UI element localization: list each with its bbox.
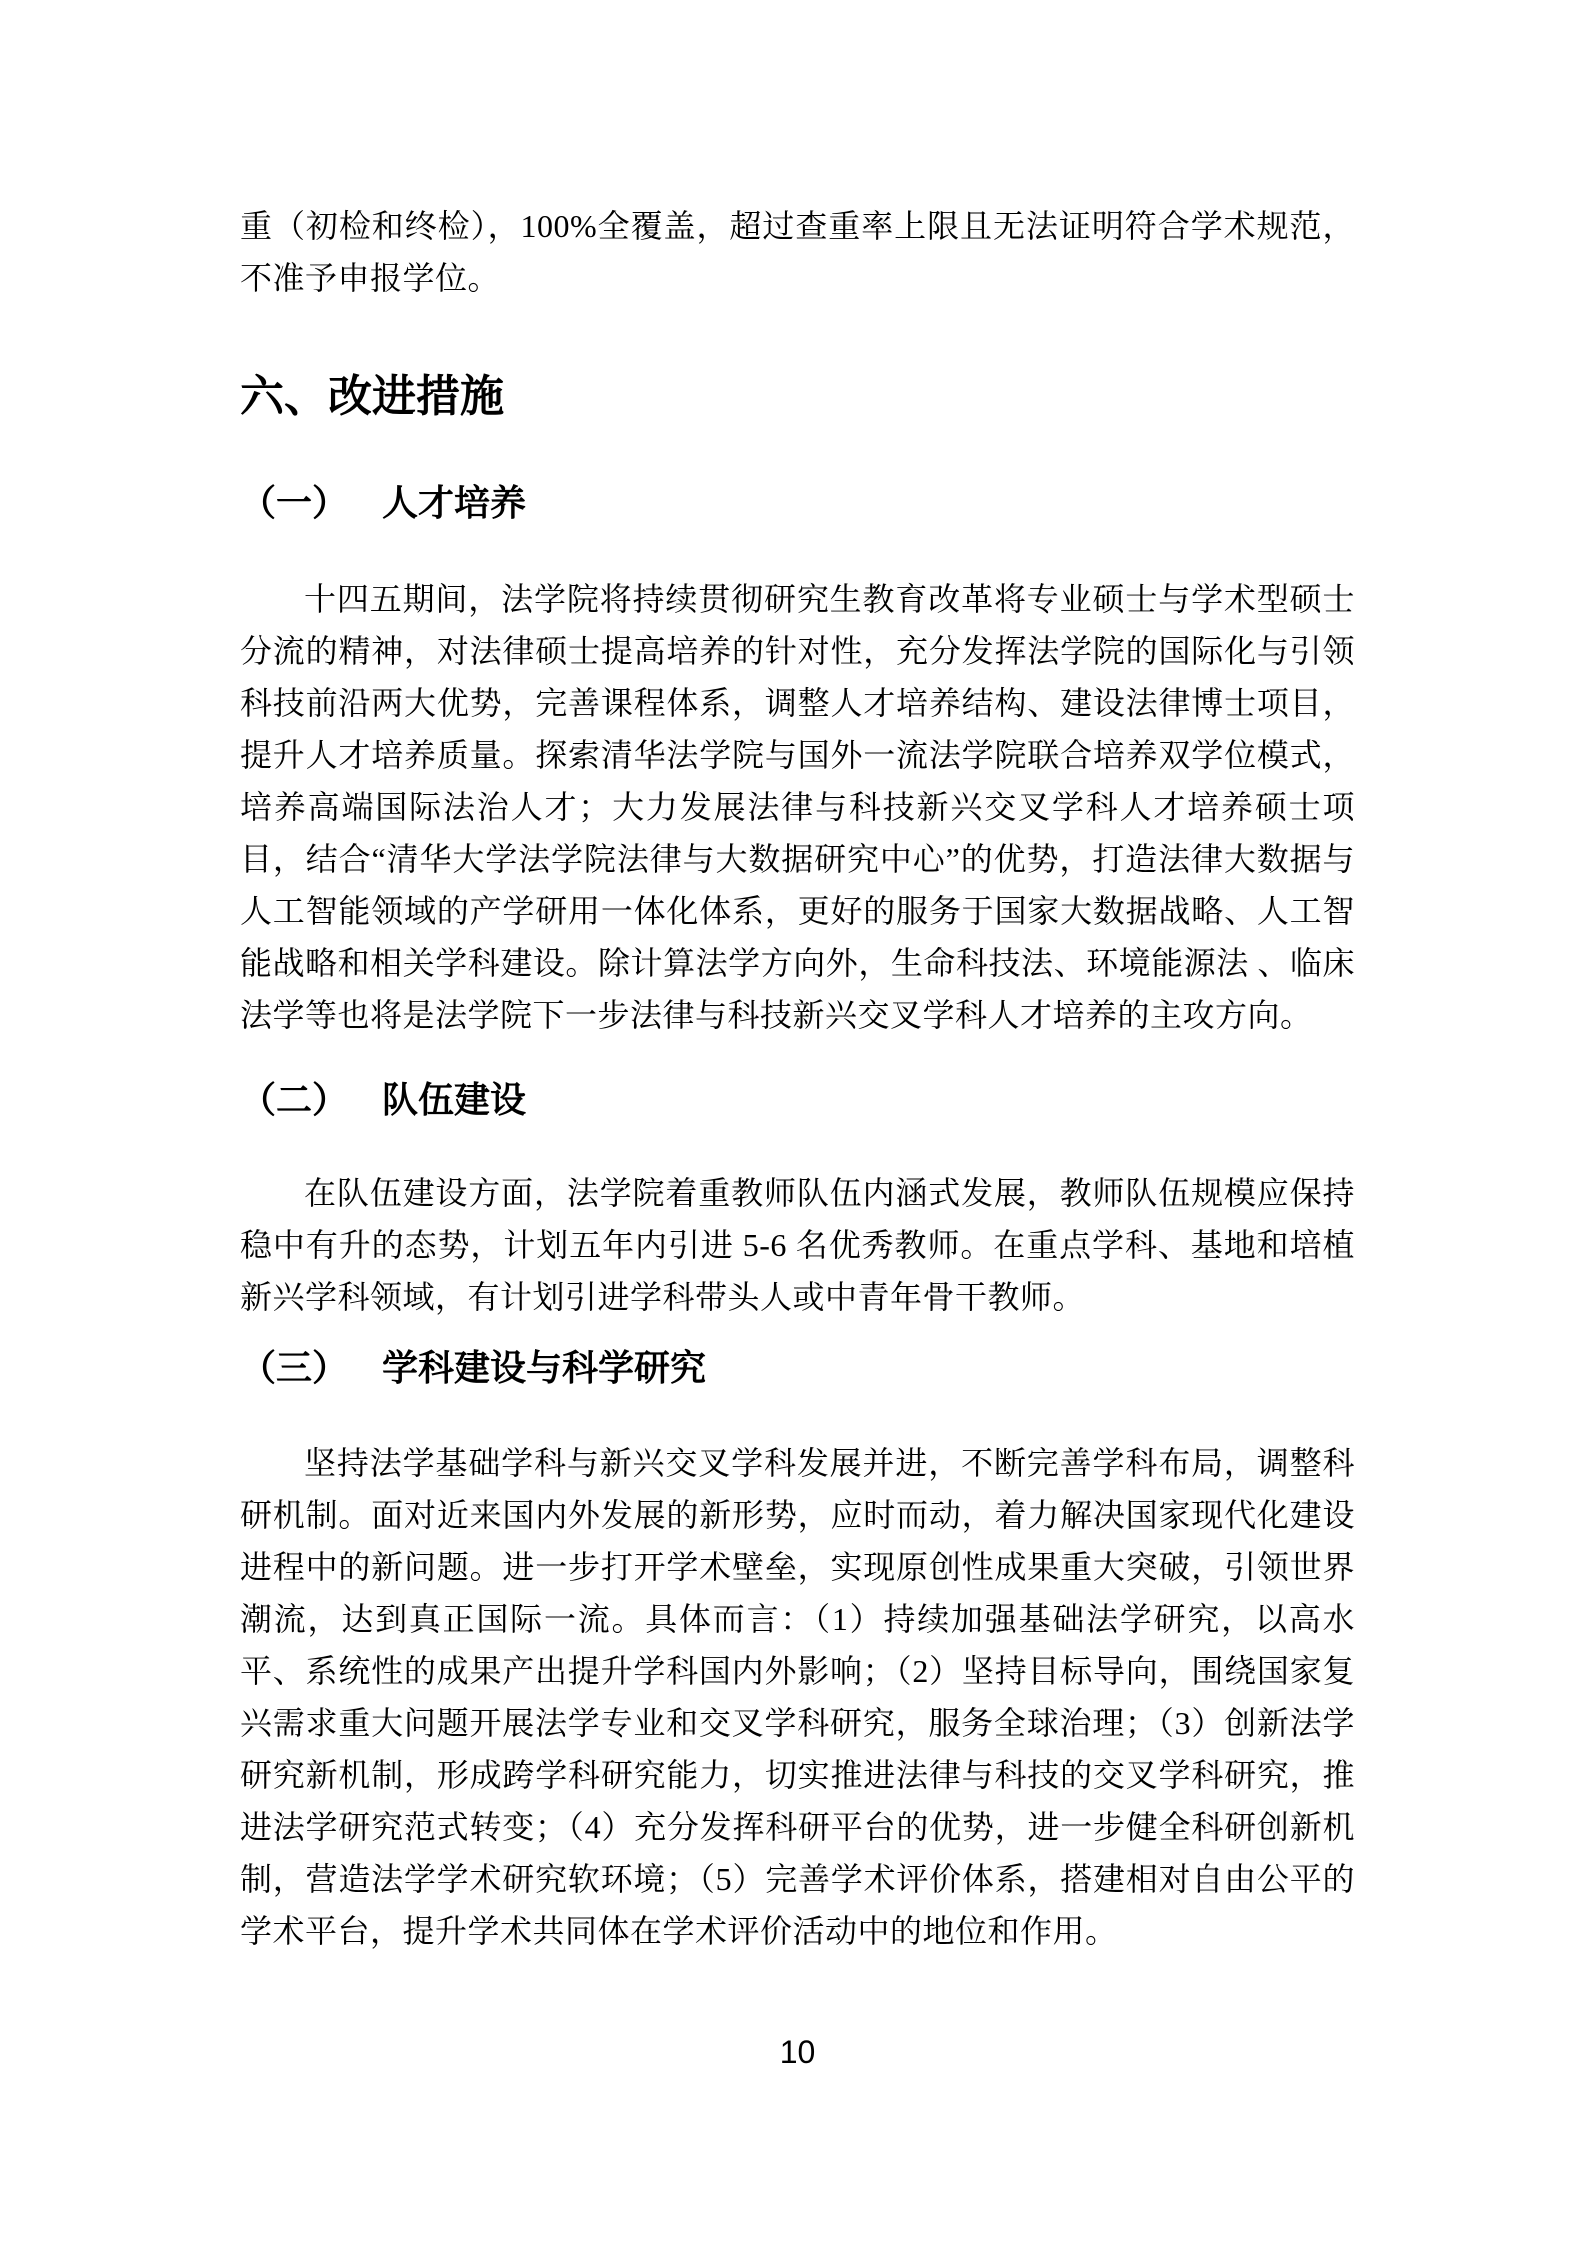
subsection-1-number: （一）: [240, 481, 348, 524]
subsection-2-number: （二）: [240, 1078, 348, 1121]
subsection-1-title: 人才培养: [382, 481, 526, 524]
subsection-3-body: 坚持法学基础学科与新兴交叉学科发展并进，不断完善学科布局，调整科研机制。面对近来…: [240, 1437, 1355, 1957]
subsection-heading-3: （三） 学科建设与科学研究: [240, 1346, 1355, 1389]
subsection-2-body: 在队伍建设方面，法学院着重教师队伍内涵式发展，教师队伍规模应保持稳中有升的态势，…: [240, 1167, 1355, 1323]
subsection-heading-1: （一） 人才培养: [240, 481, 1355, 524]
document-page: 重（初检和终检），100%全覆盖，超过查重率上限且无法证明符合学术规范，不准予申…: [0, 0, 1587, 2245]
intro-paragraph: 重（初检和终检），100%全覆盖，超过查重率上限且无法证明符合学术规范，不准予申…: [240, 200, 1355, 304]
subsection-heading-2: （二） 队伍建设: [240, 1078, 1355, 1121]
page-number: 10: [240, 2031, 1355, 2073]
subsection-3-title: 学科建设与科学研究: [382, 1346, 706, 1389]
section-heading: 六、改进措施: [240, 370, 1355, 423]
subsection-2-title: 队伍建设: [382, 1078, 526, 1121]
subsection-3-number: （三）: [240, 1346, 348, 1389]
subsection-1-body: 十四五期间，法学院将持续贯彻研究生教育改革将专业硕士与学术型硕士分流的精神，对法…: [240, 573, 1355, 1041]
